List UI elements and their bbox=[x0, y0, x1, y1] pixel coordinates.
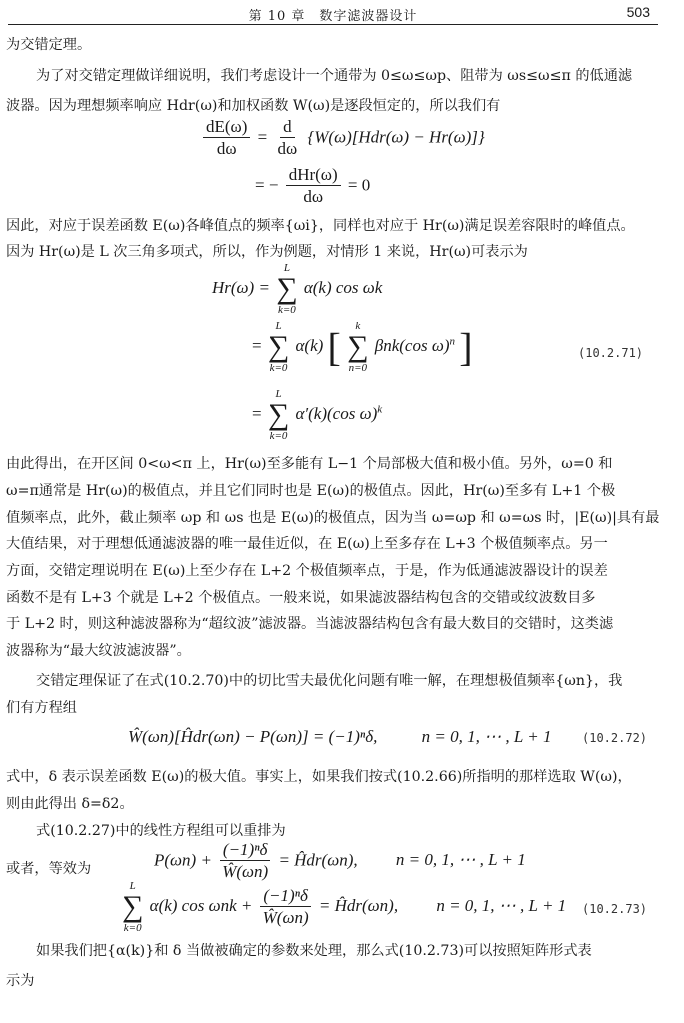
exponent: n bbox=[450, 335, 456, 347]
equation-lhs: Hr(ω) = bbox=[212, 278, 270, 297]
equals-sign: = bbox=[252, 336, 262, 355]
equation-term: βnk(cos ω) bbox=[375, 336, 450, 355]
sum-lower: k=0 bbox=[124, 922, 142, 934]
paragraph-line: 因为 Hr(ω)是 L 次三角多项式，所以，作为例题，对情形 1 来说，Hr(ω… bbox=[6, 243, 528, 261]
denominator: dω bbox=[300, 186, 326, 208]
denominator: dω bbox=[275, 138, 301, 160]
equation-number: (10.2.71) bbox=[578, 346, 643, 360]
equation-body: {W(ω)[Hdr(ω) − Hr(ω)]} bbox=[307, 127, 484, 146]
paragraph-line: 们有方程组 bbox=[6, 699, 77, 717]
sum-lower: n=0 bbox=[349, 362, 367, 374]
paragraph-line: 式(10.2.27)中的线性方程组可以重排为 bbox=[36, 822, 286, 840]
right-bracket: ] bbox=[459, 325, 472, 370]
equals-minus: = − bbox=[255, 175, 278, 194]
sigma-symbol: ∑ bbox=[268, 400, 289, 430]
summation: k ∑ n=0 bbox=[347, 320, 368, 374]
paragraph-line: 为了对交错定理做详细说明，我们考虑设计一个通带为 0≤ω≤ωp、阻带为 ωs≤ω… bbox=[36, 67, 632, 85]
sum-lower: k=0 bbox=[270, 430, 288, 442]
summation: L ∑ k=0 bbox=[268, 388, 289, 442]
equation-range: n = 0, 1, ⋯ , L + 1 bbox=[422, 727, 552, 746]
left-bracket: [ bbox=[328, 325, 341, 370]
paragraph-line: 由此得出，在开区间 0<ω<π 上，Hr(ω)至多能有 L−1 个局部极大值和极… bbox=[6, 455, 612, 473]
equation-range: n = 0, 1, ⋯ , L + 1 bbox=[436, 896, 566, 915]
paragraph-line: 值频率点，此外，截止频率 ωp 和 ωs 也是 E(ω)的极值点，因为当 ω=ω… bbox=[6, 509, 660, 527]
summation: L ∑ k=0 bbox=[276, 262, 297, 316]
numerator: dHr(ω) bbox=[286, 165, 341, 186]
paragraph-line: 波器称为“最大纹波滤波器”。 bbox=[6, 642, 191, 660]
numerator: d bbox=[280, 117, 295, 138]
fraction: (−1)ⁿδ Ŵ(ωn) bbox=[260, 886, 312, 929]
exponent: k bbox=[377, 403, 382, 415]
equation-term: α(k) cos ωk bbox=[304, 278, 383, 297]
equation-10-2-71-line1: Hr(ω) = L ∑ k=0 α(k) cos ωk bbox=[212, 262, 382, 316]
equation-rhs: = Ĥdr(ωn), bbox=[278, 850, 357, 869]
equation-rhs: = Ĥdr(ωn), bbox=[319, 896, 398, 915]
equals-sign: = bbox=[252, 404, 262, 423]
denominator: Ŵ(ωn) bbox=[260, 907, 312, 929]
equation-term: α′(k)(cos ω) bbox=[295, 404, 377, 423]
denominator: dω bbox=[214, 138, 240, 160]
paragraph-line: 波器。因为理想频率响应 Hdr(ω)和加权函数 W(ω)是逐段恒定的，所以我们有 bbox=[6, 97, 500, 115]
numerator: dE(ω) bbox=[203, 117, 250, 138]
numerator: (−1)ⁿδ bbox=[260, 886, 311, 907]
chapter-title: 第 10 章 数字滤波器设计 bbox=[8, 5, 658, 24]
paragraph-line: 方面，交错定理说明在 E(ω)上至少存在 L+2 个极值频率点，于是，作为低通滤… bbox=[6, 562, 608, 580]
sum-lower: k=0 bbox=[278, 304, 296, 316]
numerator: (−1)ⁿδ bbox=[220, 840, 271, 861]
page-header: 第 10 章 数字滤波器设计 503 bbox=[8, 0, 658, 25]
paragraph-line: 因此，对应于误差函数 E(ω)各峰值点的频率{ωi}，同样也对应于 Hr(ω)满… bbox=[6, 217, 635, 235]
page-number: 503 bbox=[627, 4, 650, 20]
fraction: d dω bbox=[275, 117, 301, 160]
fraction: dHr(ω) dω bbox=[286, 165, 341, 208]
sigma-symbol: ∑ bbox=[268, 332, 289, 362]
equation-lhs: P(ωn) + bbox=[154, 850, 212, 869]
equation-10-2-73: L ∑ k=0 α(k) cos ωnk + (−1)ⁿδ Ŵ(ωn) = Ĥd… bbox=[120, 880, 566, 934]
paragraph-line: 于 L+2 时，则这种滤波器称为“超纹波”滤波器。当滤波器结构包含有最大数目的交… bbox=[6, 615, 613, 633]
paragraph-line: 大值结果，对于理想低通滤波器的唯一最佳近似，在 E(ω)上至多存在 L+3 个极… bbox=[6, 535, 608, 553]
equation-term: α(k) bbox=[295, 336, 323, 355]
fraction: (−1)ⁿδ Ŵ(ωn) bbox=[219, 840, 271, 883]
equation-number: (10.2.72) bbox=[582, 731, 647, 745]
equation-term: α(k) cos ωnk + bbox=[150, 896, 253, 915]
equation-derivative-line2: = − dHr(ω) dω = 0 bbox=[255, 165, 370, 208]
paragraph-line: 交错定理保证了在式(10.2.70)中的切比雪夫最优化问题有唯一解，在理想极值频… bbox=[36, 672, 622, 690]
paragraph-line: 如果我们把{α(k)}和 δ 当做被确定的参数来处理，那么式(10.2.73)可… bbox=[36, 942, 592, 960]
paragraph-line: 或者，等效为 bbox=[6, 860, 91, 878]
sigma-symbol: ∑ bbox=[276, 274, 297, 304]
equation-10-2-72: Ŵ(ωn)[Ĥdr(ωn) − P(ωn)] = (−1)ⁿδ, n = 0, … bbox=[128, 727, 551, 747]
summation: L ∑ k=0 bbox=[268, 320, 289, 374]
paragraph-line: ω=π通常是 Hr(ω)的极值点，并且它们同时也是 E(ω)的极值点。因此，Hr… bbox=[6, 482, 615, 500]
sigma-symbol: ∑ bbox=[122, 892, 143, 922]
equation-lhs: Ŵ(ωn)[Ĥdr(ωn) − P(ωn)] = (−1)ⁿδ, bbox=[128, 727, 377, 746]
sigma-symbol: ∑ bbox=[347, 332, 368, 362]
equals-sign: = bbox=[258, 127, 268, 146]
paragraph-line: 则由此得出 δ=δ2。 bbox=[6, 795, 134, 813]
equation-10-2-71-line2: = L ∑ k=0 α(k) [ k ∑ n=0 βnk(cos ω)n ] bbox=[252, 320, 473, 374]
equals-zero: = 0 bbox=[348, 175, 370, 194]
fraction: dE(ω) dω bbox=[203, 117, 250, 160]
equation-range: n = 0, 1, ⋯ , L + 1 bbox=[396, 850, 526, 869]
paragraph-line: 式中，δ 表示误差函数 E(ω)的极大值。事实上，如果我们按式(10.2.66)… bbox=[6, 768, 632, 786]
equation-10-2-71-line3: = L ∑ k=0 α′(k)(cos ω)k bbox=[252, 388, 382, 442]
equation-derivative: dE(ω) dω = d dω {W(ω)[Hdr(ω) − Hr(ω)]} bbox=[200, 117, 485, 160]
summation: L ∑ k=0 bbox=[122, 880, 143, 934]
paragraph-line: 函数不是有 L+3 个就是 L+2 个极值点。一般来说，如果滤波器结构包含的交错… bbox=[6, 589, 595, 607]
equation-number: (10.2.73) bbox=[582, 902, 647, 916]
equation-rearranged: P(ωn) + (−1)ⁿδ Ŵ(ωn) = Ĥdr(ωn), n = 0, 1… bbox=[154, 840, 526, 883]
sum-lower: k=0 bbox=[270, 362, 288, 374]
paragraph-line: 示为 bbox=[6, 972, 34, 990]
paragraph-line: 为交错定理。 bbox=[6, 36, 91, 54]
